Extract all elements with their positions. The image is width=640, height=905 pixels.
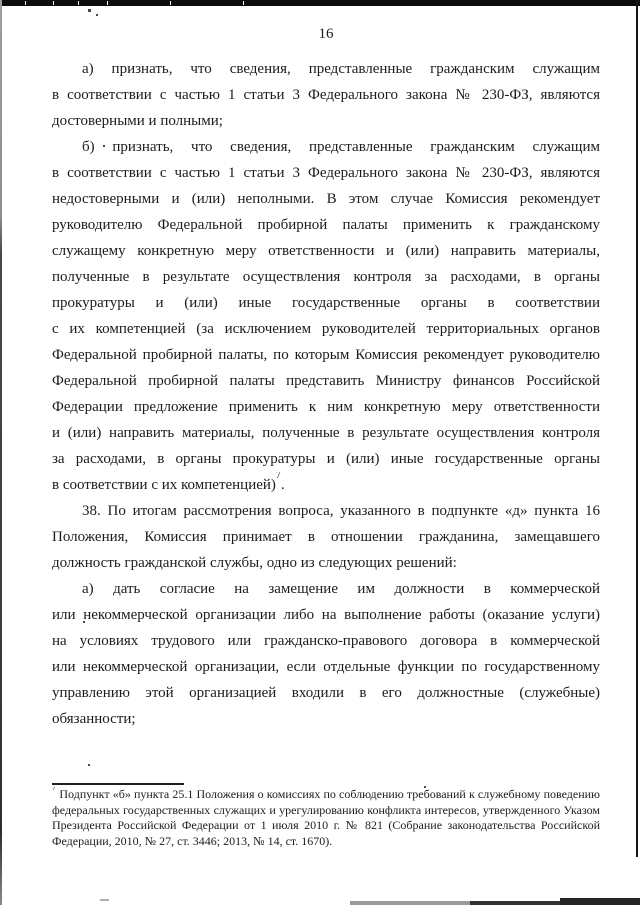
text-line: обязанности; (52, 706, 600, 732)
footnote-line: 7 Подпункт «б» пункта 25.1 Положения о к… (52, 787, 600, 803)
scan-bar-gap (107, 1, 108, 5)
paragraph: 38. По итогам рассмотрения вопроса, указ… (52, 498, 600, 576)
text-line: достоверными и полными; (52, 108, 600, 134)
text-line: Положения, Комиссия принимает в отношени… (52, 524, 600, 550)
text-line: Федеральной пробирной палаты, по которым… (52, 342, 600, 368)
text-line: управлению этой организацией входили в е… (52, 680, 600, 706)
footnote-line: федеральных государственных служащих и у… (52, 803, 600, 819)
footnote-marker: 7 (52, 787, 56, 792)
footnote-separator (52, 783, 184, 785)
text-line: . (281, 477, 285, 493)
text-line: с их компетенцией (за исключением руково… (52, 316, 600, 342)
text-line: 38. По итогам рассмотрения вопроса, указ… (52, 498, 600, 524)
paragraph: а) дать согласие на замещение им должнос… (52, 576, 600, 732)
text-line: б) признать, что сведения, представленны… (52, 134, 600, 160)
footnote-line: Президента Российской Федерации от 1 июл… (52, 818, 600, 834)
document-body: а) признать, что сведения, представленны… (52, 56, 600, 732)
scan-bar-gap (78, 1, 79, 5)
page-number: 16 (52, 26, 600, 42)
scan-top-bar (0, 0, 640, 6)
text-line: прокуратуры и (или) иные государственные… (52, 290, 600, 316)
scan-left-edge-line (0, 0, 2, 905)
scan-bar-gap (53, 1, 54, 5)
footnote-line: Федерации, 2010, № 27, ст. 3446; 2013, №… (52, 834, 600, 850)
scan-bar-gap (170, 1, 171, 5)
text-line: или некоммерческой организации, если отд… (52, 654, 600, 680)
text-line: на условиях трудового или гражданско-пра… (52, 628, 600, 654)
text-line: Федеральной пробирной палаты представить… (52, 368, 600, 394)
footnote: 7 Подпункт «б» пункта 25.1 Положения о к… (52, 787, 600, 849)
text-line: в соответствии с частью 1 статьи 3 Федер… (52, 82, 600, 108)
scan-bottom-bar (350, 901, 472, 905)
text-line: в соответствии с их компетенцией) (52, 477, 276, 493)
text-line: должность гражданской службы, одно из сл… (52, 550, 600, 576)
scan-speck (96, 14, 98, 16)
scan-right-edge-line (636, 0, 638, 857)
text-line: Федерации предложение применить к ним ко… (52, 394, 600, 420)
text-line: в соответствии с их компетенцией)7. (52, 472, 600, 498)
footnote-line: Подпункт «б» пункта 25.1 Положения о ком… (56, 787, 600, 801)
text-line: в соответствии с частью 1 статьи 3 Федер… (52, 160, 600, 186)
footnote-reference: 7 (276, 472, 281, 481)
text-line: и (или) направить материалы, полученные … (52, 420, 600, 446)
text-line: полученные в результате осуществления ко… (52, 264, 600, 290)
text-line: а) дать согласие на замещение им должнос… (52, 576, 600, 602)
scan-bar-gap (243, 1, 244, 5)
text-line: или некоммерческой организации либо на в… (52, 602, 600, 628)
text-line: за расходами, в органы прокуратуры и (ил… (52, 446, 600, 472)
text-line: служащему конкретную меру ответственност… (52, 238, 600, 264)
scan-bar-gap (25, 1, 26, 5)
document-page: 16 а) признать, что сведения, представле… (0, 0, 640, 905)
paragraph: б) признать, что сведения, представленны… (52, 134, 600, 498)
text-line: а) признать, что сведения, представленны… (52, 56, 600, 82)
scan-speck (88, 9, 91, 12)
scan-speck (88, 764, 90, 766)
scan-speck (100, 899, 109, 901)
scan-bottom-bar (560, 898, 640, 905)
text-line: недостоверными и (или) неполными. В этом… (52, 186, 600, 212)
paragraph: а) признать, что сведения, представленны… (52, 56, 600, 134)
text-line: руководителю Федеральной пробирной палат… (52, 212, 600, 238)
